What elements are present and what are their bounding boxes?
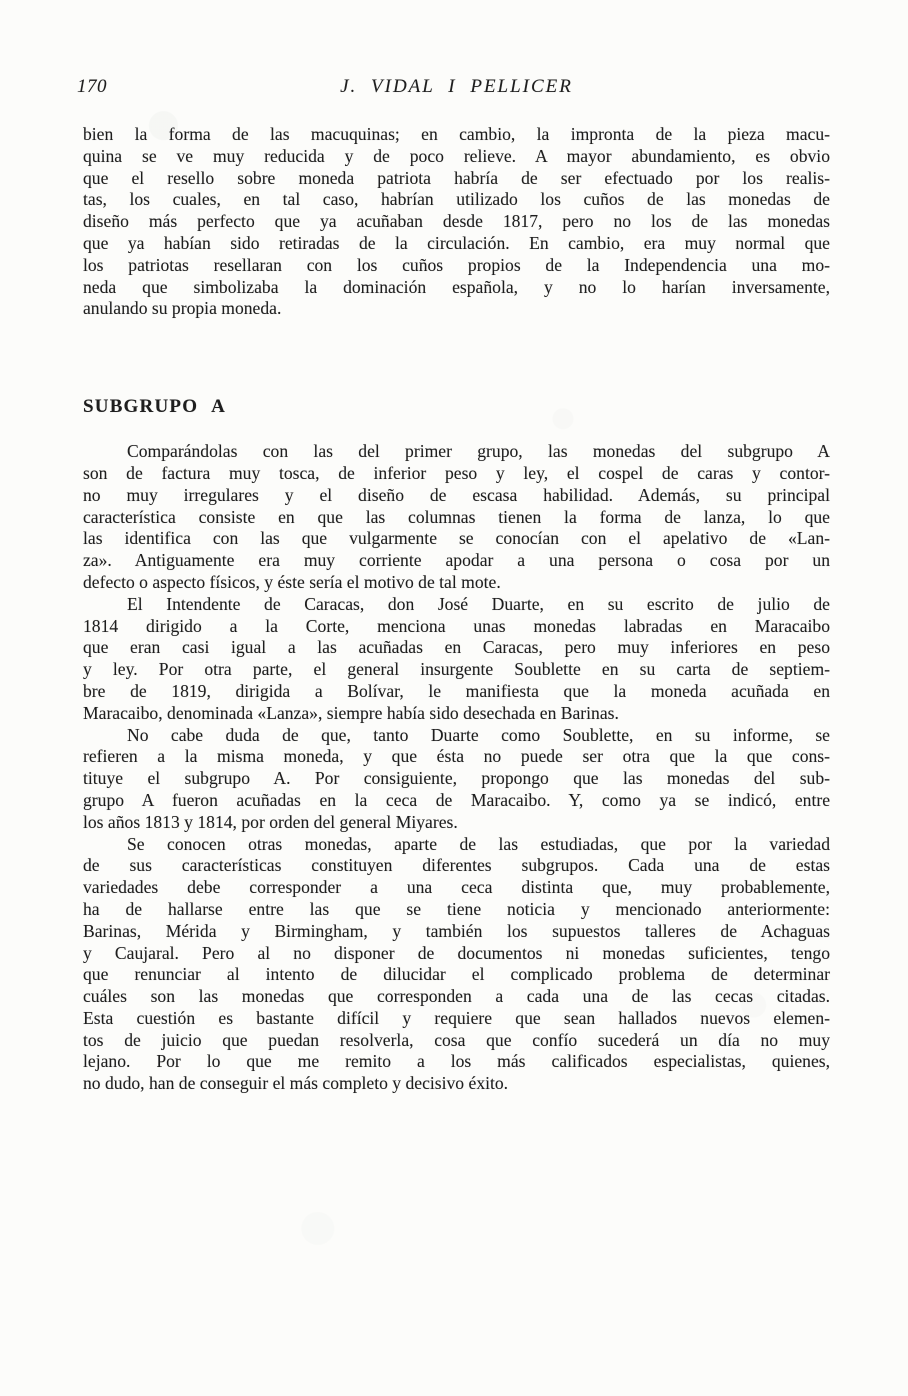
text-line: neda que simbolizaba la dominación españ… bbox=[83, 277, 830, 299]
text-line: El Intendente de Caracas, don José Duart… bbox=[83, 594, 830, 616]
text-line: característica consiste en que las colum… bbox=[83, 507, 830, 529]
text-line: lejano. Por lo que me remito a los más c… bbox=[83, 1051, 830, 1073]
text-line: ha de hallarse entre las que se tiene no… bbox=[83, 899, 830, 921]
text-line: no muy irregulares y el diseño de escasa… bbox=[83, 485, 830, 507]
text-line: los años 1813 y 1814, por orden del gene… bbox=[83, 812, 830, 834]
text-line: diseño más perfecto que ya acuñaban desd… bbox=[83, 211, 830, 233]
text-line: Comparándolas con las del primer grupo, … bbox=[83, 441, 830, 463]
text-line: que ya habían sido retiradas de la circu… bbox=[83, 233, 830, 255]
text-line: za». Antiguamente era muy corriente apod… bbox=[83, 550, 830, 572]
text-line: bien la forma de las macuquinas; en camb… bbox=[83, 124, 830, 146]
text-line: las identifica con las que vulgarmente s… bbox=[83, 528, 830, 550]
text-line: Barinas, Mérida y Birmingham, y también … bbox=[83, 921, 830, 943]
section-heading: SUBGRUPO A bbox=[83, 395, 830, 419]
page-number: 170 bbox=[77, 76, 107, 98]
text-line: No cabe duda de que, tanto Duarte como S… bbox=[83, 725, 830, 747]
text-line: anulando su propia moneda. bbox=[83, 298, 830, 320]
text-line: quina se ve muy reducida y de poco relie… bbox=[83, 146, 830, 168]
text-line: no dudo, han de conseguir el más complet… bbox=[83, 1073, 830, 1095]
paragraph: El Intendente de Caracas, don José Duart… bbox=[83, 594, 830, 725]
paragraph: No cabe duda de que, tanto Duarte como S… bbox=[83, 725, 830, 834]
paragraph: Comparándolas con las del primer grupo, … bbox=[83, 441, 830, 594]
paragraph: bien la forma de las macuquinas; en camb… bbox=[83, 124, 830, 320]
text-line: defecto o aspecto físicos, y éste sería … bbox=[83, 572, 830, 594]
text-line: de sus características constituyen difer… bbox=[83, 855, 830, 877]
text-line: cuáles son las monedas que corresponden … bbox=[83, 986, 830, 1008]
text-line: que renunciar al intento de dilucidar el… bbox=[83, 964, 830, 986]
text-line: tos de juicio que puedan resolverla, cos… bbox=[83, 1030, 830, 1052]
text-line: tas, los cuales, en tal caso, habrían ut… bbox=[83, 189, 830, 211]
page-header: 170 J. VIDAL I PELLICER bbox=[83, 76, 830, 102]
text-line: tituye el subgrupo A. Por consiguiente, … bbox=[83, 768, 830, 790]
text-line: 1814 dirigido a la Corte, menciona unas … bbox=[83, 616, 830, 638]
paragraph: Se conocen otras monedas, aparte de las … bbox=[83, 834, 830, 1096]
body-text: bien la forma de las macuquinas; en camb… bbox=[83, 124, 830, 1095]
text-line: refieren a la misma moneda, y que ésta n… bbox=[83, 746, 830, 768]
text-line: y Caujaral. Pero al no disponer de docum… bbox=[83, 943, 830, 965]
text-line: grupo A fueron acuñadas en la ceca de Ma… bbox=[83, 790, 830, 812]
text-line: Esta cuestión es bastante difícil y requ… bbox=[83, 1008, 830, 1030]
text-line: y ley. Por otra parte, el general insurg… bbox=[83, 659, 830, 681]
text-line: que eran casi igual a las acuñadas en Ca… bbox=[83, 637, 830, 659]
text-line: los patriotas resellaran con los cuños p… bbox=[83, 255, 830, 277]
text-line: que el resello sobre moneda patriota hab… bbox=[83, 168, 830, 190]
text-line: Maracaibo, denominada «Lanza», siempre h… bbox=[83, 703, 830, 725]
text-line: son de factura muy tosca, de inferior pe… bbox=[83, 463, 830, 485]
scanned-page: 170 J. VIDAL I PELLICER bien la forma de… bbox=[0, 0, 908, 1396]
text-line: variedades debe corresponder a una ceca … bbox=[83, 877, 830, 899]
running-header: J. VIDAL I PELLICER bbox=[83, 76, 830, 98]
text-line: Se conocen otras monedas, aparte de las … bbox=[83, 834, 830, 856]
text-line: bre de 1819, dirigida a Bolívar, le mani… bbox=[83, 681, 830, 703]
